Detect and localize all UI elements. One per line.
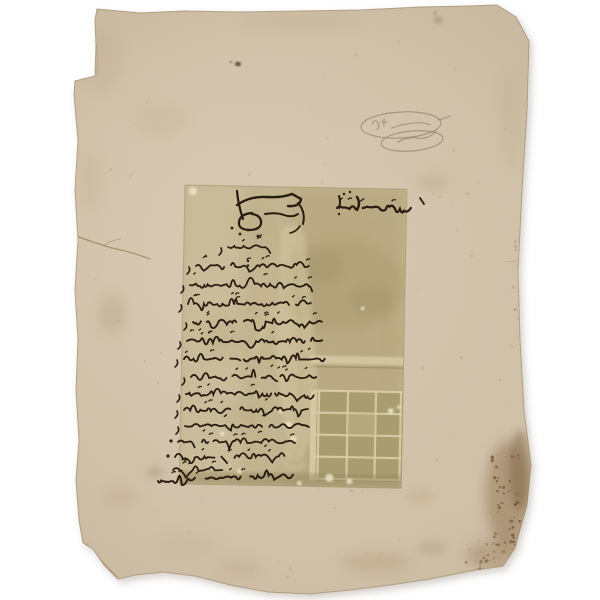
scan-background: Scanned historical document: an aged, st…: [0, 0, 600, 600]
scanned-document: [0, 0, 600, 600]
